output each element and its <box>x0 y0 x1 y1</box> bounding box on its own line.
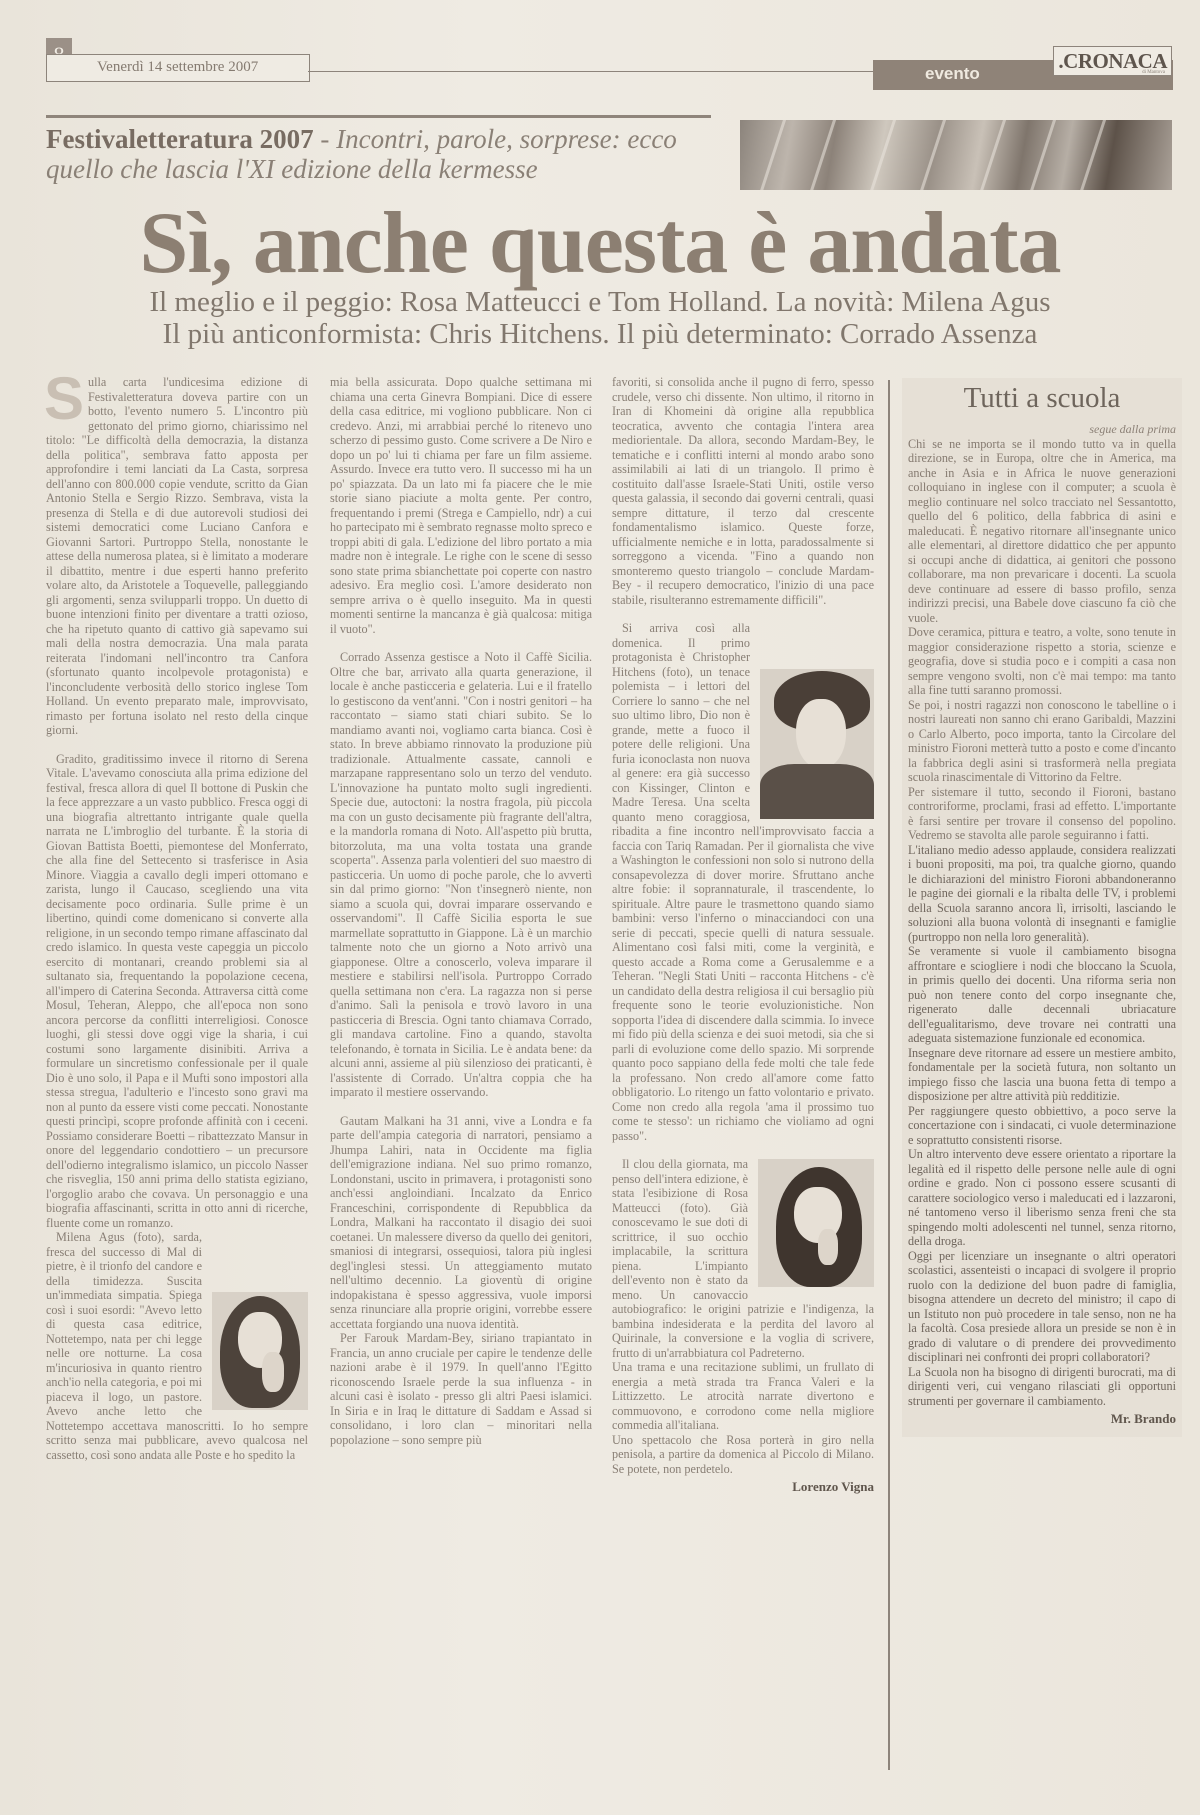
headline: Sì, anche questa è andata <box>0 196 1200 292</box>
paragraph: Gautam Malkani ha 31 anni, vive a Londra… <box>330 1114 592 1332</box>
sidebar-paragraph: Se veramente si vuole il cambiamento bis… <box>908 944 1176 1046</box>
sidebar-paragraph: Un altro intervento deve essere orientat… <box>908 1147 1176 1249</box>
masthead-subtitle: di Mantova <box>1142 70 1165 75</box>
issue-date: Venerdì 14 settembre 2007 <box>97 59 258 76</box>
kicker-bold: Festivaletteratura 2007 <box>46 124 314 154</box>
paragraph: favoriti, si consolida anche il pugno di… <box>612 375 874 607</box>
newspaper-page: 8 Venerdì 14 settembre 2007 evento .CRON… <box>0 0 1200 1815</box>
deck: Il meglio e il peggio: Rosa Matteucci e … <box>0 286 1200 350</box>
paragraph: Milena Agus (foto), sarda, fresca del su… <box>46 1230 308 1462</box>
bicycles-photo <box>740 120 1172 190</box>
article-column-2: mia bella assicurata. Dopo qualche setti… <box>330 375 592 1447</box>
paragraph: Una trama e una recitazione sublimi, un … <box>612 1360 874 1433</box>
sidebar-paragraph: Dove ceramica, pittura e teatro, a volte… <box>908 625 1176 698</box>
section-label: evento <box>925 64 980 84</box>
paragraph: Sulla carta l'undicesima edizione di Fes… <box>46 375 308 738</box>
kicker: Festivaletteratura 2007 - Incontri, paro… <box>46 124 726 184</box>
paragraph: Uno spettacolo che Rosa porterà in giro … <box>612 1433 874 1477</box>
kicker-rule <box>46 115 711 118</box>
milena-agus-photo <box>212 1292 308 1410</box>
article-column-3: favoriti, si consolida anche il pugno di… <box>612 375 874 1495</box>
rosa-matteucci-photo <box>758 1159 874 1287</box>
paragraph: Si arriva così alla domenica. Il primo p… <box>612 621 874 1143</box>
sidebar-paragraph: Insegnare deve ritornare ad essere un me… <box>908 1046 1176 1104</box>
sidebar-paragraph: Per raggiungere questo obbiettivo, a poc… <box>908 1104 1176 1148</box>
sidebar-byline: Mr. Brando <box>908 1412 1176 1427</box>
article-column-1: Sulla carta l'undicesima edizione di Fes… <box>46 375 308 1462</box>
deck-line-1: Il meglio e il peggio: Rosa Matteucci e … <box>0 286 1200 318</box>
byline: Lorenzo Vigna <box>612 1480 874 1495</box>
sidebar-paragraph: Oggi per licenziare un insegnante o altr… <box>908 1249 1176 1365</box>
sidebar-title: Tutti a scuola <box>908 378 1176 418</box>
paragraph: Per Farouk Mardam-Bey, siriano trapianta… <box>330 1331 592 1447</box>
sidebar-rule <box>888 380 890 1770</box>
sidebar-paragraph: Per sistemare il tutto, secondo il Fioro… <box>908 785 1176 843</box>
sidebar-continuation-note: segue dalla prima <box>908 422 1176 437</box>
deck-line-2: Il più anticonformista: Chris Hitchens. … <box>0 318 1200 350</box>
sidebar-paragraph: La Scuola non ha bisogno di dirigenti bu… <box>908 1365 1176 1409</box>
paragraph: Gradito, graditissimo invece il ritorno … <box>46 752 308 1231</box>
sidebar-paragraph: Chi se ne importa se il mondo tutto va i… <box>908 437 1176 626</box>
paragraph: Corrado Assenza gestisce a Noto il Caffè… <box>330 650 592 1100</box>
sidebar-paragraph: Se poi, i nostri ragazzi non conoscono l… <box>908 698 1176 785</box>
masthead-logo: .CRONACA di Mantova <box>1053 46 1172 76</box>
paragraph: mia bella assicurata. Dopo qualche setti… <box>330 375 592 636</box>
date-box: Venerdì 14 settembre 2007 <box>46 54 310 82</box>
drop-cap: S <box>44 377 84 421</box>
christopher-hitchens-photo <box>760 669 874 819</box>
sidebar-paragraph: L'italiano medio adesso applaude, consid… <box>908 843 1176 945</box>
paragraph: Il clou della giornata, ma penso dell'in… <box>612 1157 874 1360</box>
sidebar-editorial: Tutti a scuola segue dalla prima Chi se … <box>902 378 1182 1437</box>
header-rule <box>308 71 873 72</box>
